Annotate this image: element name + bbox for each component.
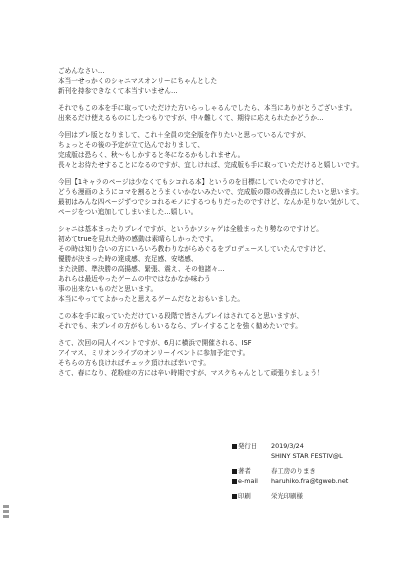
text-line: また決勝、準決勝の高揚感、緊張、震え、その他諸々… xyxy=(58,264,363,274)
edge-mark-tick xyxy=(3,515,9,518)
text-line: 優勝が決まった時の達成感、充足感、安堵感、 xyxy=(58,254,363,264)
text-line: 長々とお待たせすることになるのですが、宜しければ、完成版も手に取っていただけると… xyxy=(58,160,363,170)
text-line: 本当一せっかくのシャニマスオンリーにちゃんとした xyxy=(58,76,363,86)
text-line: アイマス、ミリオンライブのオンリーイベントに参加予定です。 xyxy=(58,348,363,358)
paragraph-apology: ごめんなさい… 本当一せっかくのシャニマスオンリーにちゃんとした 新刊を持参でき… xyxy=(58,66,363,96)
paragraph-next-event: さて、次回の同人イベントですが、6月に横浜で開催される、ISF アイマス、ミリオ… xyxy=(58,338,363,378)
event-name: SHINY STAR FESTIV@L xyxy=(271,451,343,461)
text-line: さて、次回の同人イベントですが、6月に横浜で開催される、ISF xyxy=(58,338,363,348)
text-line: その時は知り合いの方にいろいろ教わりながらめぐるをプロデュースしていたんですけど… xyxy=(58,244,363,254)
text-line: それでもこの本を手に取っていただけた方いらっしゃるんでしたら、本当にありがとうご… xyxy=(58,103,363,113)
text-line: 今回【1キャラのページは少なくてもシコれる本】というのを目標にしていたのですけど… xyxy=(58,177,363,187)
edge-mark-tick xyxy=(3,510,9,513)
colophon-printer-row: 印刷 栄光印刷様 xyxy=(232,491,382,501)
paragraph-preview-edition: 今回はプレ版となりまして、これ＋全員の完全版を作りたいと思っているんですが、 ち… xyxy=(58,130,363,170)
author-label: 著者 xyxy=(232,466,271,476)
edge-mark-tick xyxy=(3,505,9,508)
text-line: 事の出来ないものだと思います。 xyxy=(58,284,363,294)
printer-value: 栄光印刷様 xyxy=(271,491,303,501)
text-line: ページをつい追加してしまいました…嬉しい。 xyxy=(58,207,363,217)
text-line: 今回はプレ版となりまして、これ＋全員の完全版を作りたいと思っているんですが、 xyxy=(58,130,363,140)
text-line: どうも漫画のようにコマを割るとうまくいかないみたいで、完成版の際の改善点にしたい… xyxy=(58,187,363,197)
text-line: 初めてtrueを見れた時の感動は素晴らしかったです。 xyxy=(58,234,363,244)
colophon-published-row: 発行日 2019/3/24 xyxy=(232,441,382,451)
paragraph-goal: 今回【1キャラのページは少なくてもシコれる本】というのを目標にしていたのですけど… xyxy=(58,177,363,217)
text-line: 出来るだけ使えるものにしたつもりですが、中々難しくて、期待に応えられたかどうか… xyxy=(58,113,363,123)
paragraph-recommendation: この本を手に取っていただけている段階で皆さんプレイはされてると思いますが、 それ… xyxy=(58,311,363,331)
text-line: この本を手に取っていただけている段階で皆さんプレイはされてると思いますが、 xyxy=(58,311,363,321)
published-date: 2019/3/24 xyxy=(271,441,304,451)
colophon: 発行日 2019/3/24 SHINY STAR FESTIV@L 著者 春工房… xyxy=(232,441,382,501)
text-line: ごめんなさい… xyxy=(58,66,363,76)
text-line: あれらは最近やったゲームの中ではなかなか味わう xyxy=(58,274,363,284)
afterword-page: ごめんなさい… 本当一せっかくのシャニマスオンリーにちゃんとした 新刊を持参でき… xyxy=(0,0,400,565)
text-line: ちょっとその後の予定が立て込んでおりまして、 xyxy=(58,140,363,150)
published-label: 発行日 xyxy=(232,441,271,451)
text-line: 新刊を持参できなくて本当すいません… xyxy=(58,86,363,96)
text-line: それでも、未プレイの方がもしもいるなら、プレイすることを強く勧めたいです。 xyxy=(58,321,363,331)
paragraph-thanks: それでもこの本を手に取っていただけた方いらっしゃるんでしたら、本当にありがとうご… xyxy=(58,103,363,123)
text-line: 完成版は恐らく、秋～もしかすると冬になるかもしれません。 xyxy=(58,150,363,160)
colophon-email-row: e-mail haruhiko.fra@tgweb.net xyxy=(232,476,382,486)
printer-label: 印刷 xyxy=(232,491,271,501)
paragraph-game-impressions: シャニは基本まったりプレイですが、というかソシャゲは全般まったり勢なのですけど。… xyxy=(58,224,363,304)
text-line: 本当にやっててよかったと思えるゲームだなとおもいました。 xyxy=(58,294,363,304)
author-value: 春工房のりまき xyxy=(271,466,316,476)
colophon-author-row: 著者 春工房のりまき xyxy=(232,466,382,476)
text-line: 最初はみんな四ページずつでシコれるモノにするつもりだったのですけど、なんか足りな… xyxy=(58,197,363,207)
text-line: そちらの方も良ければチェック頂ければ幸いです。 xyxy=(58,358,363,368)
email-value: haruhiko.fra@tgweb.net xyxy=(271,476,348,486)
colophon-event-row: SHINY STAR FESTIV@L xyxy=(232,451,382,461)
text-line: さて、春になり、花粉症の方には辛い時期ですが、マスクちゃんとして頑張りましょう！ xyxy=(58,368,363,378)
email-label: e-mail xyxy=(232,476,271,486)
page-edge-mark xyxy=(3,505,9,525)
afterword-body: ごめんなさい… 本当一せっかくのシャニマスオンリーにちゃんとした 新刊を持参でき… xyxy=(58,66,363,385)
text-line: シャニは基本まったりプレイですが、というかソシャゲは全般まったり勢なのですけど。 xyxy=(58,224,363,234)
